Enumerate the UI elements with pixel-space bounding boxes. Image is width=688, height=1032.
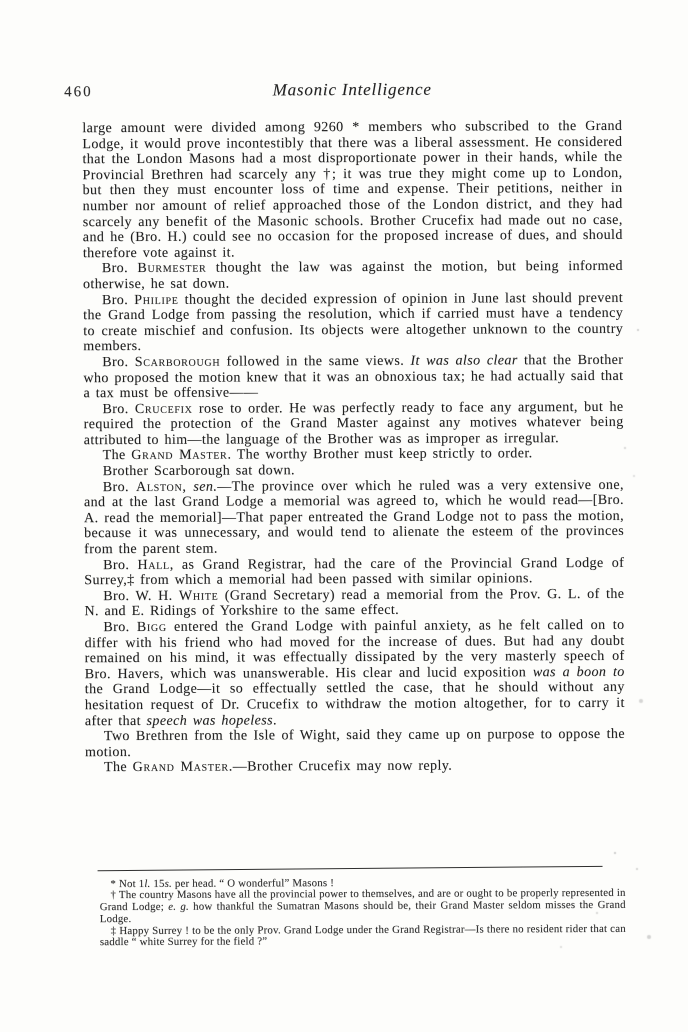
paragraph: Bro. Philipe thought the decided express… [83, 290, 623, 355]
running-title: Masonic Intelligence [82, 79, 622, 101]
paragraph: Bro. Bigg entered the Grand Lodge with p… [84, 618, 624, 730]
body-paragraphs: large amount were divided among 9260 * m… [82, 119, 625, 776]
paragraph: The Grand Master.—Brother Crucefix may n… [85, 758, 625, 776]
scan-artifacts [0, 0, 2, 2]
page-header: 460 Masonic Intelligence [82, 79, 622, 107]
scanned-page: 460 Masonic Intelligence large amount we… [0, 0, 688, 1032]
paragraph: Bro. Alston, sen.—The province over whic… [84, 477, 624, 557]
footnote-area: * Not 1l. 15s. per head. “ O wonderful” … [86, 867, 626, 950]
page-content: 460 Masonic Intelligence large amount we… [82, 79, 626, 949]
footnote-rule [98, 866, 603, 871]
footnote: ‡ Happy Surrey ! to be the only Prov. Gr… [100, 923, 626, 949]
footnotes: * Not 1l. 15s. per head. “ O wonderful” … [86, 877, 626, 950]
paragraph: Bro. Crucefix rose to order. He was perf… [84, 400, 624, 449]
paragraph: Two Brethren from the Isle of Wight, sai… [85, 727, 625, 761]
paragraph: large amount were divided among 9260 * m… [82, 119, 623, 262]
paragraph: Bro. Burmester thought the law was again… [83, 259, 623, 293]
page-number: 460 [64, 84, 93, 101]
paragraph: Bro. W. H. White (Grand Secretary) read … [84, 587, 624, 621]
paragraph: Bro. Scarborough followed in the same vi… [83, 353, 623, 402]
footnote: † The country Masons have all the provin… [100, 888, 626, 925]
paragraph: Bro. Hall, as Grand Registrar, had the c… [84, 555, 624, 589]
